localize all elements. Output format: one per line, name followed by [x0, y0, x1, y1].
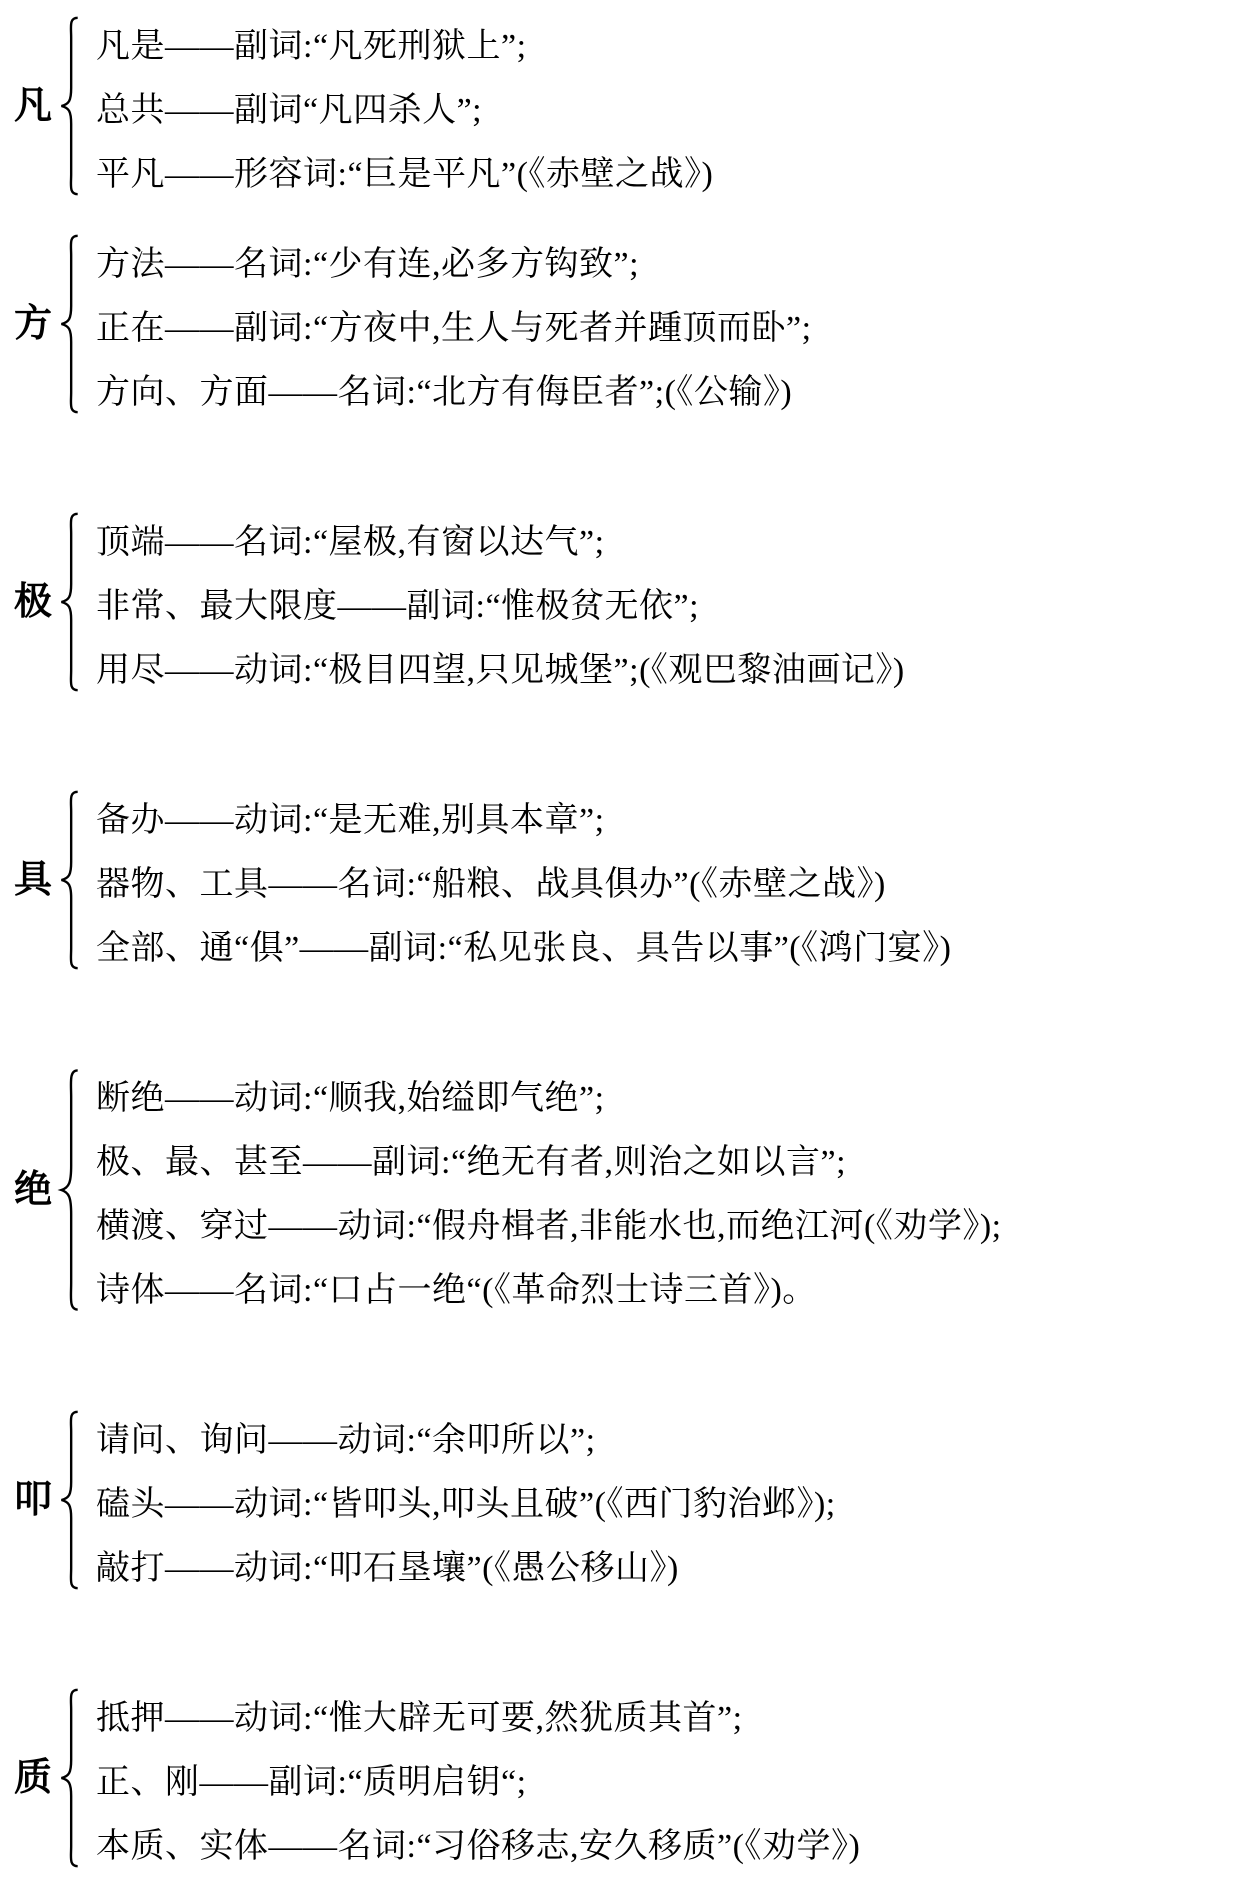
headword: 凡 — [10, 87, 56, 125]
headword: 方 — [10, 305, 56, 343]
headword: 叩 — [10, 1481, 56, 1519]
definition-line: 顶端——名词:“屋极,有窗以达气”; — [96, 506, 1256, 570]
brace-icon — [56, 506, 82, 698]
headword: 绝 — [10, 1171, 56, 1209]
definition-line: 非常、最大限度——副词:“惟极贫无依”; — [96, 570, 1256, 634]
brace-icon — [56, 1062, 82, 1318]
definition-line: 全部、通“俱”——副词:“私见张良、具告以事”(《鸿门宴》) — [96, 912, 1256, 976]
brace-icon — [56, 10, 82, 202]
headword: 极 — [10, 583, 56, 621]
definition-line: 方向、方面——名词:“北方有侮臣者”;(《公输》) — [96, 356, 1256, 420]
entry-group-jue: 绝 断绝——动词:“顺我,始缢即气绝”; 极、最、甚至——副词:“绝无有者,则治… — [10, 1062, 1256, 1318]
definition-lines: 断绝——动词:“顺我,始缢即气绝”; 极、最、甚至——副词:“绝无有者,则治之如… — [82, 1062, 1256, 1318]
definition-lines: 凡是——副词:“凡死刑狱上”; 总共——副词“凡四杀人”; 平凡——形容词:“巨… — [82, 10, 1256, 202]
brace-icon — [56, 784, 82, 976]
brace-icon — [56, 1682, 82, 1874]
definition-line: 方法——名词:“少有连,必多方钩致”; — [96, 228, 1256, 292]
definition-line: 敲打——动词:“叩石垦壤”(《愚公移山》) — [96, 1532, 1256, 1596]
definition-line: 本质、实体——名词:“习俗移志,安久移质”(《劝学》) — [96, 1810, 1256, 1874]
entry-group-zhi: 质 抵押——动词:“惟大辟无可要,然犹质其首”; 正、刚——副词:“质明启钥“;… — [10, 1682, 1256, 1874]
definition-lines: 请问、询问——动词:“余叩所以”; 磕头——动词:“皆叩头,叩头且破”(《西门豹… — [82, 1404, 1256, 1596]
brace-icon — [56, 1404, 82, 1596]
definition-line: 磕头——动词:“皆叩头,叩头且破”(《西门豹治邺》); — [96, 1468, 1256, 1532]
definition-line: 正在——副词:“方夜中,生人与死者并踵顶而卧”; — [96, 292, 1256, 356]
definition-lines: 方法——名词:“少有连,必多方钩致”; 正在——副词:“方夜中,生人与死者并踵顶… — [82, 228, 1256, 420]
definition-line: 极、最、甚至——副词:“绝无有者,则治之如以言”; — [96, 1126, 1256, 1190]
definition-lines: 顶端——名词:“屋极,有窗以达气”; 非常、最大限度——副词:“惟极贫无依”; … — [82, 506, 1256, 698]
scanned-document-page: 凡 凡是——副词:“凡死刑狱上”; 总共——副词“凡四杀人”; 平凡——形容词:… — [0, 0, 1256, 1874]
definition-line: 横渡、穿过——动词:“假舟楫者,非能水也,而绝江河(《劝学》); — [96, 1190, 1256, 1254]
definition-line: 平凡——形容词:“巨是平凡”(《赤壁之战》) — [96, 138, 1256, 202]
entry-group-fang: 方 方法——名词:“少有连,必多方钩致”; 正在——副词:“方夜中,生人与死者并… — [10, 228, 1256, 420]
definition-line: 正、刚——副词:“质明启钥“; — [96, 1746, 1256, 1810]
definition-line: 凡是——副词:“凡死刑狱上”; — [96, 10, 1256, 74]
definition-line: 请问、询问——动词:“余叩所以”; — [96, 1404, 1256, 1468]
definition-line: 器物、工具——名词:“船粮、战具俱办”(《赤壁之战》) — [96, 848, 1256, 912]
definition-line: 用尽——动词:“极目四望,只见城堡”;(《观巴黎油画记》) — [96, 634, 1256, 698]
definition-lines: 备办——动词:“是无难,别具本章”; 器物、工具——名词:“船粮、战具俱办”(《… — [82, 784, 1256, 976]
headword: 质 — [10, 1759, 56, 1797]
entry-group-ju: 具 备办——动词:“是无难,别具本章”; 器物、工具——名词:“船粮、战具俱办”… — [10, 784, 1256, 976]
entry-group-fan: 凡 凡是——副词:“凡死刑狱上”; 总共——副词“凡四杀人”; 平凡——形容词:… — [10, 10, 1256, 202]
definition-lines: 抵押——动词:“惟大辟无可要,然犹质其首”; 正、刚——副词:“质明启钥“; 本… — [82, 1682, 1256, 1874]
definition-line: 抵押——动词:“惟大辟无可要,然犹质其首”; — [96, 1682, 1256, 1746]
headword: 具 — [10, 861, 56, 899]
definition-line: 总共——副词“凡四杀人”; — [96, 74, 1256, 138]
definition-line: 诗体——名词:“口占一绝“(《革命烈士诗三首》)。 — [96, 1254, 1256, 1318]
entry-group-ji: 极 顶端——名词:“屋极,有窗以达气”; 非常、最大限度——副词:“惟极贫无依”… — [10, 506, 1256, 698]
definition-line: 备办——动词:“是无难,别具本章”; — [96, 784, 1256, 848]
definition-line: 断绝——动词:“顺我,始缢即气绝”; — [96, 1062, 1256, 1126]
entry-group-kou: 叩 请问、询问——动词:“余叩所以”; 磕头——动词:“皆叩头,叩头且破”(《西… — [10, 1404, 1256, 1596]
brace-icon — [56, 228, 82, 420]
